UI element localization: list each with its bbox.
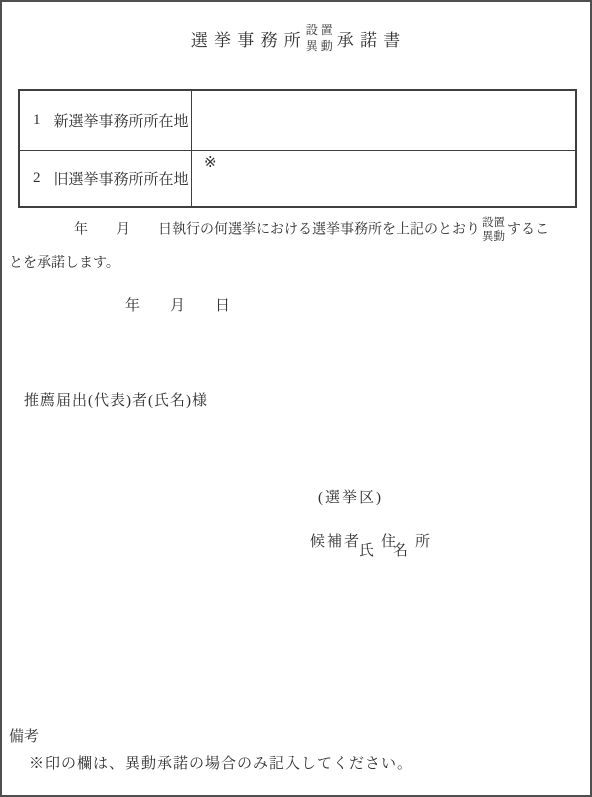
title-stack-top: 設 置: [306, 22, 333, 38]
remarks-note: ※印の欄は、異動承諾の場合のみ記入してください。: [29, 755, 413, 774]
office-location-table: 1 新選挙事務所所在地 2 旧選挙事務所所在地 ※: [18, 89, 577, 208]
date-line: 年 月 日: [125, 294, 230, 315]
row-label: 旧選挙事務所所在地: [54, 168, 189, 189]
new-office-value-cell: [192, 91, 575, 151]
title-stack-bottom: 異 動: [306, 38, 333, 54]
inline-stack: 設置異動: [482, 216, 505, 245]
form-page: 選 挙 事 務 所 設 置 異 動 承 諾 書 1 新選挙事務所所在地 2 旧選…: [0, 0, 592, 797]
addressee-line: 推薦届出(代表)者(氏名)様: [24, 389, 208, 410]
constituency-label: (選挙区): [318, 486, 383, 507]
title-main-right: 承 諾 書: [337, 26, 402, 51]
table-row-label-new-office: 1 新選挙事務所所在地: [20, 91, 192, 151]
inline-stack-bottom: 異動: [482, 230, 505, 244]
form-title: 選 挙 事 務 所 設 置 異 動 承 諾 書: [2, 22, 590, 54]
candidate-label: 候補者: [310, 534, 361, 550]
name-label: 氏 名: [359, 539, 410, 560]
consent-line-2: とを承諾します。: [9, 254, 589, 274]
row-number: 2: [33, 170, 41, 187]
inline-stack-top: 設置: [482, 216, 505, 230]
consent-line-1: 年 月 日執行の何選挙における選挙事務所を上記のとおり設置異動するこ: [9, 216, 589, 245]
row-number: 1: [33, 112, 41, 129]
consent-paragraph: 年 月 日執行の何選挙における選挙事務所を上記のとおり設置異動するこ とを承諾し…: [9, 216, 589, 274]
remarks-section: 備考 ※印の欄は、異動承諾の場合のみ記入してください。: [9, 728, 413, 774]
table-row-label-old-office: 2 旧選挙事務所所在地: [20, 151, 192, 207]
title-stack: 設 置 異 動: [306, 22, 333, 54]
consent-text-after: するこ: [507, 223, 549, 238]
title-main-left: 選 挙 事 務 所: [191, 26, 302, 51]
old-office-value-cell: ※: [192, 151, 575, 207]
remarks-heading: 備考: [9, 728, 413, 747]
row-label: 新選挙事務所所在地: [54, 110, 189, 131]
consent-text-before: 年 月 日執行の何選挙における選挙事務所を上記のとおり: [74, 223, 480, 238]
